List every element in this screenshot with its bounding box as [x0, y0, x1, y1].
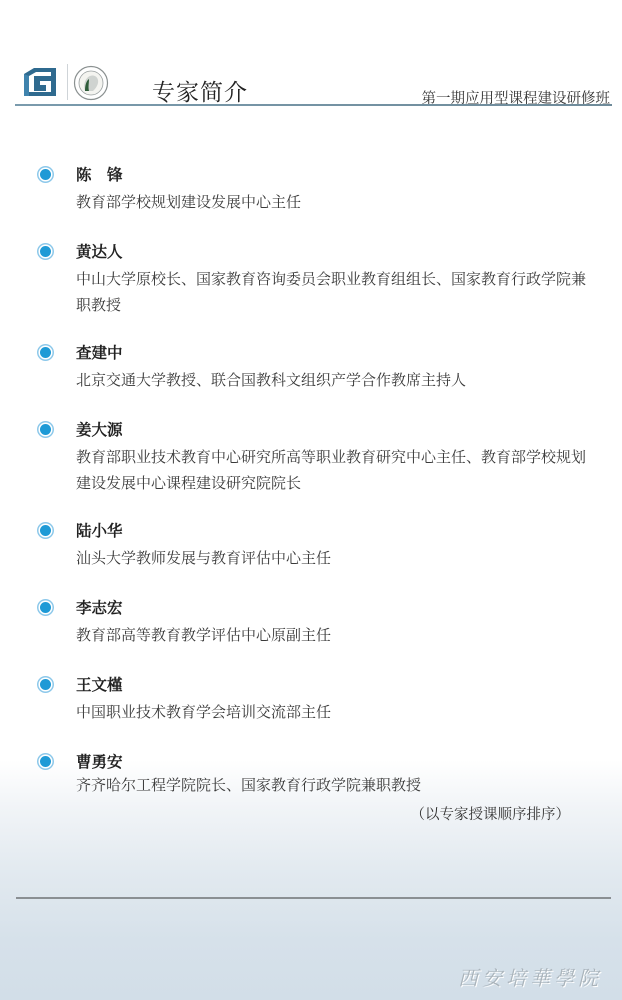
expert-name: 黄达人	[76, 240, 123, 262]
expert-title: 教育部职业技术教育中心研究所高等职业教育研究中心主任、教育部学校规划建设发展中心…	[76, 444, 586, 496]
bullet-icon	[40, 246, 51, 257]
expert-title: 北京交通大学教授、联合国教科文组织产学合作教席主持人	[76, 367, 586, 393]
bullet-icon	[40, 525, 51, 536]
page-header: 专家简介 第一期应用型课程建设研修班	[0, 60, 622, 110]
footer-divider	[16, 897, 611, 899]
bullet-icon	[40, 424, 51, 435]
expert-name: 王文槿	[76, 673, 123, 695]
expert-name: 查建中	[76, 341, 123, 363]
expert-name: 曹勇安	[76, 750, 123, 772]
bullet-icon	[40, 679, 51, 690]
expert-title: 教育部学校规划建设发展中心主任	[76, 189, 586, 215]
bullet-icon	[40, 169, 51, 180]
bullet-icon	[40, 756, 51, 767]
header-divider	[15, 104, 612, 106]
logo-divider	[67, 64, 68, 100]
expert-title: 汕头大学教师发展与教育评估中心主任	[76, 545, 586, 571]
ordering-note: （以专家授课顺序排序）	[411, 803, 571, 824]
expert-title: 中山大学原校长、国家教育咨询委员会职业教育组组长、国家教育行政学院兼职教授	[76, 266, 586, 318]
expert-name: 李志宏	[76, 596, 123, 618]
expert-name: 姜大源	[76, 418, 123, 440]
expert-name: 陆小华	[76, 519, 123, 541]
page-title: 专家简介	[152, 74, 248, 107]
g-cube-logo-icon	[20, 66, 60, 98]
bullet-icon	[40, 347, 51, 358]
college-name: 西安培華學院	[458, 962, 602, 991]
expert-title: 中国职业技术教育学会培训交流部主任	[76, 699, 586, 725]
expert-title: 教育部高等教育教学评估中心原副主任	[76, 622, 586, 648]
bullet-icon	[40, 602, 51, 613]
expert-name: 陈 锋	[76, 163, 123, 185]
circular-seal-logo-icon	[73, 65, 109, 101]
expert-title: 齐齐哈尔工程学院院长、国家教育行政学院兼职教授	[76, 772, 586, 798]
